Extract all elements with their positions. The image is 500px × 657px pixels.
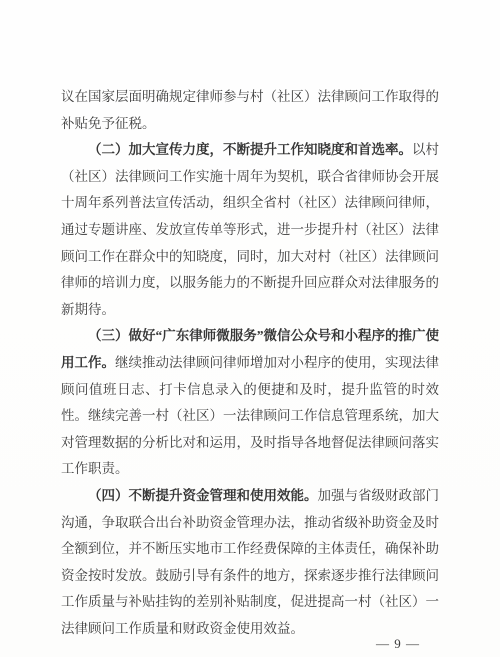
- paragraph-item-4: （四）不断提升资金管理和使用效能。加强与省级财政部门沟通，争取联合出台补助资金管…: [61, 483, 439, 643]
- paragraph-item-3: （三）做好“广东律师微服务”微信公众号和小程序的推广使用工作。继续推动法律顾问律…: [61, 323, 439, 483]
- page-number-label: — 9 —: [376, 636, 420, 651]
- paragraph-text: 以村（社区）法律顾问工作实施十周年为契机，联合省律师协会开展十周年系列普法宣传活…: [61, 142, 439, 317]
- paragraph-text: 继续推动法律顾问律师增加对小程序的使用，实现法律顾问值班日志、打卡信息录入的便捷…: [61, 355, 439, 476]
- paragraph-item-2: （二）加大宣传力度，不断提升工作知晓度和首选率。以村（社区）法律顾问工作实施十周…: [61, 137, 439, 323]
- document-page: 议在国家层面明确规定律师参与村（社区）法律顾问工作取得的补贴免予征税。 （二）加…: [0, 0, 500, 657]
- page-body-text: 议在国家层面明确规定律师参与村（社区）法律顾问工作取得的补贴免予征税。 （二）加…: [61, 84, 439, 642]
- paragraph-lead-sentence: （二）加大宣传力度，不断提升工作知晓度和首选率。: [88, 142, 412, 157]
- paragraph-lead-sentence: （四）不断提升资金管理和使用效能。: [88, 488, 318, 503]
- paragraph-text: 加强与省级财政部门沟通，争取联合出台补助资金管理办法，推动省级补助资金及时全额到…: [61, 488, 439, 636]
- page-footer: — 9 —: [376, 636, 420, 652]
- paragraph-text: 议在国家层面明确规定律师参与村（社区）法律顾问工作取得的补贴免予征税。: [61, 89, 439, 131]
- paragraph-continuation: 议在国家层面明确规定律师参与村（社区）法律顾问工作取得的补贴免予征税。: [61, 84, 439, 137]
